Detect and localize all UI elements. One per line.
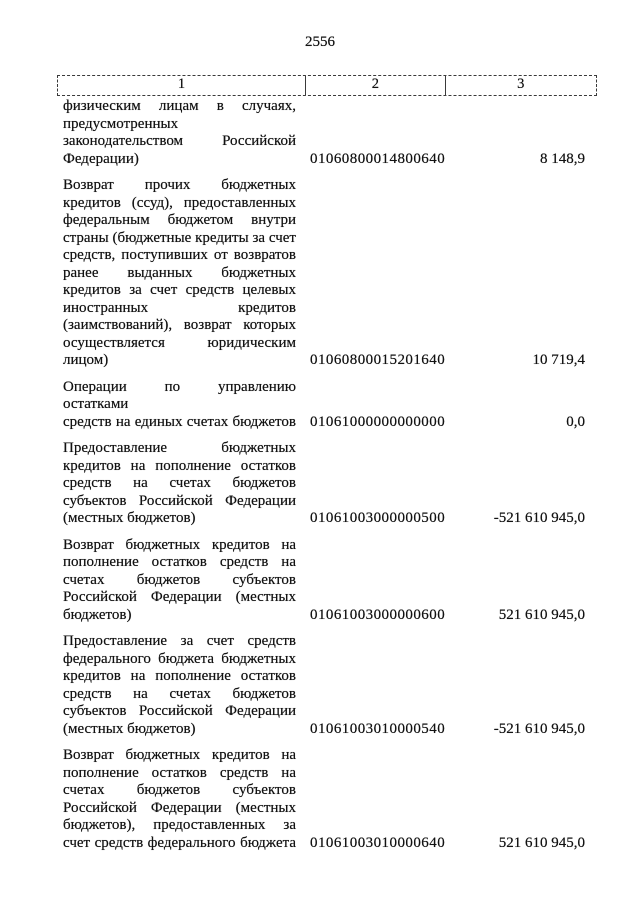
desc-line: страны (бюджетные кредиты за счет (63, 230, 296, 248)
desc-line: Операции по управлению остатками (63, 379, 296, 414)
header-cell-1: 1 (58, 76, 305, 95)
row-description: Операции по управлению остатками средств… (57, 379, 305, 432)
header-cell-2: 2 (305, 76, 444, 95)
desc-line: средств на единых счетах бюджетов (63, 414, 296, 432)
row-description: Возврат бюджетных кредитов на пополнение… (57, 747, 305, 852)
desc-line: федерального бюджета бюджетных (63, 651, 296, 669)
desc-line: кредитов (ссуд), предоставленных (63, 195, 296, 213)
row-description: Предоставление бюджетных кредитов на поп… (57, 440, 305, 528)
row-amount: -521 610 945,0 (445, 721, 597, 739)
desc-line: бюджетов), предоставленных за (63, 817, 296, 835)
desc-line: (местных бюджетов) (63, 721, 296, 739)
desc-line: (местных бюджетов) (63, 510, 296, 528)
desc-line: счетах бюджетов субъектов (63, 782, 296, 800)
desc-line: законодательством Российской (63, 133, 296, 151)
desc-line: Предоставление бюджетных (63, 440, 296, 458)
row-code: 01061000000000000 (305, 414, 445, 432)
desc-line: Российской Федерации (местных (63, 589, 296, 607)
table-row: Возврат бюджетных кредитов на пополнение… (57, 747, 597, 852)
desc-line: лицом) (63, 352, 296, 370)
desc-line: ранее выданных бюджетных (63, 265, 296, 283)
desc-line: Возврат прочих бюджетных (63, 177, 296, 195)
row-amount: 8 148,9 (445, 151, 597, 169)
desc-line: пополнение остатков средств на (63, 554, 296, 572)
document-page: 2556 1 2 3 физическим лицам в случаях, п… (0, 33, 640, 852)
row-description: Предоставление за счет средств федеральн… (57, 633, 305, 738)
table-row: Возврат бюджетных кредитов на пополнение… (57, 537, 597, 625)
desc-line: счетах бюджетов субъектов (63, 572, 296, 590)
row-code: 01061003000000600 (305, 607, 445, 625)
row-description: Возврат бюджетных кредитов на пополнение… (57, 537, 305, 625)
table-row: Операции по управлению остатками средств… (57, 379, 597, 432)
desc-line: иностранных кредитов (63, 300, 296, 318)
desc-line: пополнение остатков средств на (63, 765, 296, 783)
desc-line: Возврат бюджетных кредитов на (63, 747, 296, 765)
row-code: 01060800015201640 (305, 352, 445, 370)
desc-line: средств на счетах бюджетов (63, 475, 296, 493)
desc-line: средств, поступивших от возвратов (63, 247, 296, 265)
row-description: Возврат прочих бюджетных кредитов (ссуд)… (57, 177, 305, 370)
desc-line: кредитов на пополнение остатков (63, 458, 296, 476)
desc-line: кредитов за счет средств целевых (63, 282, 296, 300)
row-amount: 521 610 945,0 (445, 835, 597, 853)
page-number: 2556 (0, 33, 640, 52)
desc-line: физическим лицам в случаях, (63, 98, 296, 116)
budget-table: 1 2 3 физическим лицам в случаях, предус… (57, 75, 597, 852)
row-description: физическим лицам в случаях, предусмотрен… (57, 98, 305, 168)
table-row: физическим лицам в случаях, предусмотрен… (57, 98, 597, 168)
table-body: физическим лицам в случаях, предусмотрен… (57, 96, 597, 852)
header-cell-3: 3 (445, 76, 596, 95)
row-code: 01061003010000540 (305, 721, 445, 739)
row-code: 01061003010000640 (305, 835, 445, 853)
desc-line: субъектов Российской Федерации (63, 493, 296, 511)
desc-line: кредитов на пополнение остатков (63, 668, 296, 686)
desc-line: субъектов Российской Федерации (63, 703, 296, 721)
row-amount: 0,0 (445, 414, 597, 432)
desc-line: счет средств федерального бюджета (63, 835, 296, 853)
table-row: Возврат прочих бюджетных кредитов (ссуд)… (57, 177, 597, 370)
desc-line: осуществляется юридическим (63, 335, 296, 353)
desc-line: Возврат бюджетных кредитов на (63, 537, 296, 555)
row-code: 01061003000000500 (305, 510, 445, 528)
table-row: Предоставление бюджетных кредитов на поп… (57, 440, 597, 528)
table-header: 1 2 3 (57, 75, 597, 96)
desc-line: Федерации) (63, 151, 296, 169)
row-amount: -521 610 945,0 (445, 510, 597, 528)
desc-line: (заимствований), возврат которых (63, 317, 296, 335)
desc-line: бюджетов) (63, 607, 296, 625)
table-row: Предоставление за счет средств федеральн… (57, 633, 597, 738)
desc-line: средств на счетах бюджетов (63, 686, 296, 704)
desc-line: Российской Федерации (местных (63, 800, 296, 818)
row-amount: 521 610 945,0 (445, 607, 597, 625)
desc-line: предусмотренных (63, 116, 296, 134)
row-amount: 10 719,4 (445, 352, 597, 370)
desc-line: Предоставление за счет средств (63, 633, 296, 651)
desc-line: федеральным бюджетом внутри (63, 212, 296, 230)
row-code: 01060800014800640 (305, 151, 445, 169)
